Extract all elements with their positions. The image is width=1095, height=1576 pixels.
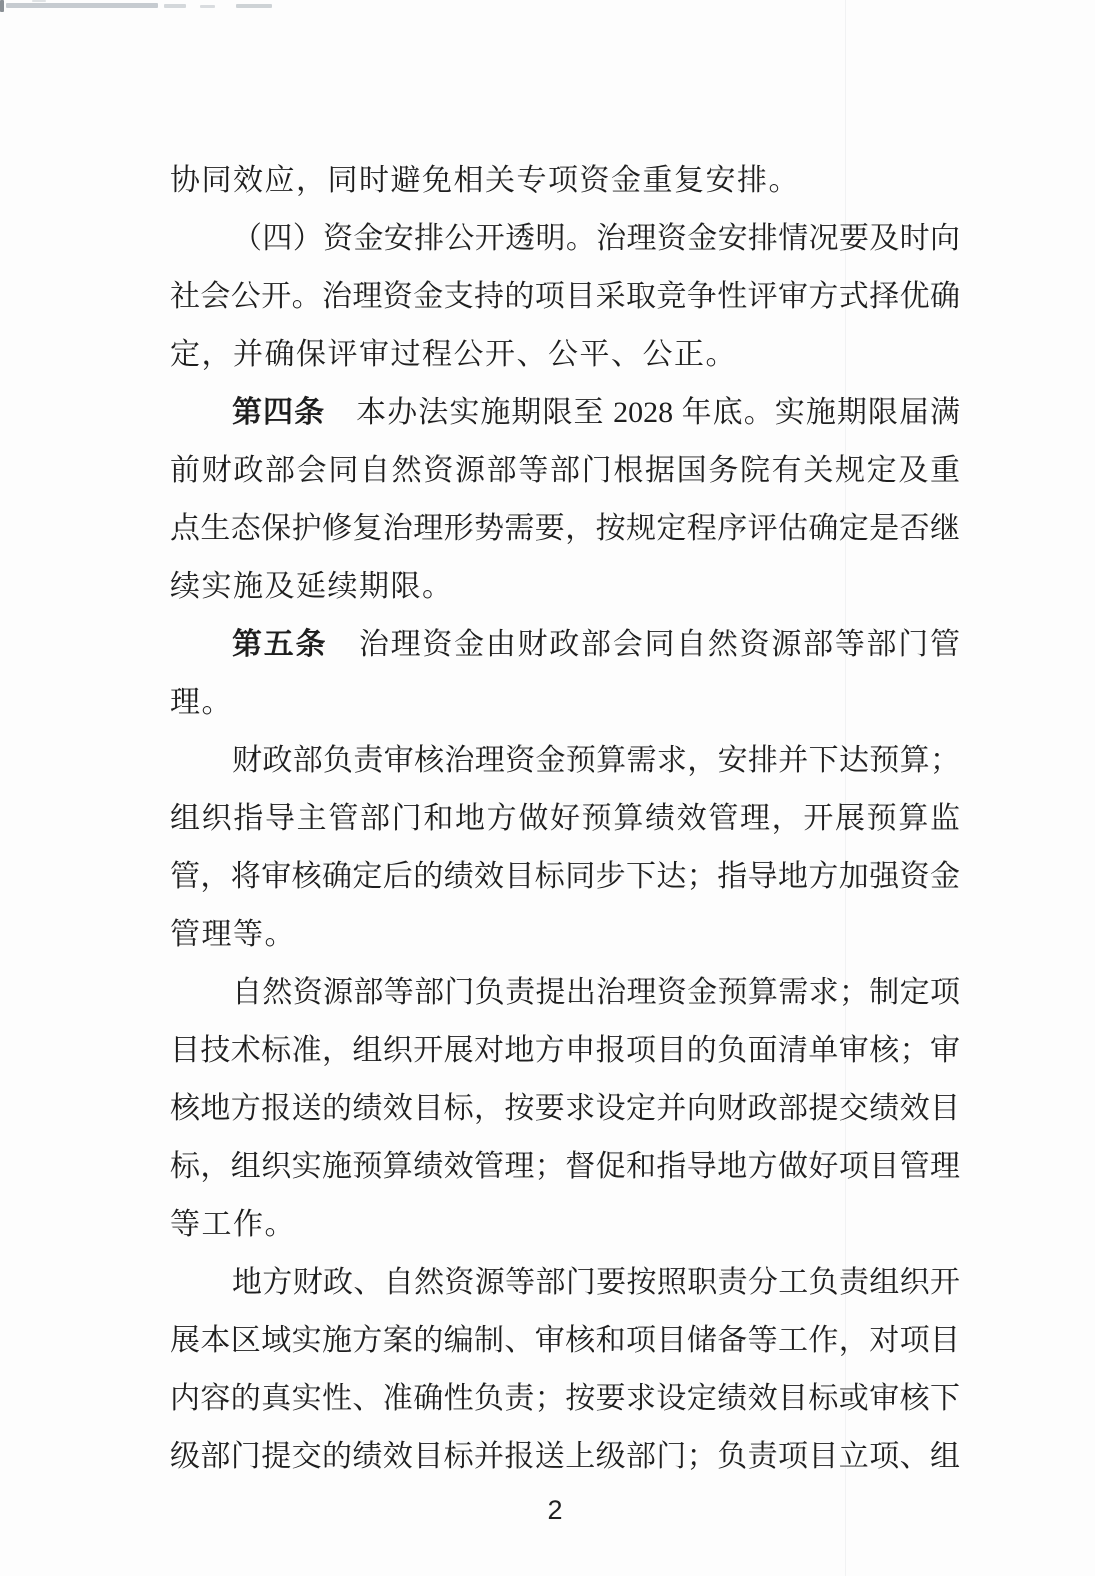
text-line-16: 目技术标准，组织开展对地方申报项目的负面清单审核；审 — [170, 1022, 960, 1080]
text-line-15: 自然资源部等部门负责提出治理资金预算需求；制定项 — [170, 964, 960, 1022]
text-line-10: 理。 — [170, 674, 960, 732]
text-line-3: 社会公开。治理资金支持的项目采取竞争性评审方式择优确 — [170, 268, 960, 326]
scan-artifact — [0, 0, 4, 12]
text-line-7: 点生态保护修复治理形势需要，按规定程序评估确定是否继 — [170, 500, 960, 558]
text-line-19: 等工作。 — [170, 1196, 960, 1254]
text-line-23: 级部门提交的绩效目标并报送上级部门；负责项目立项、组 — [170, 1428, 960, 1486]
text-line-8: 续实施及延续期限。 — [170, 558, 960, 616]
clause-heading: 第四条 — [232, 396, 325, 429]
text-line-4: 定，并确保评审过程公开、公平、公正。 — [170, 326, 960, 384]
text-line-11: 财政部负责审核治理资金预算需求，安排并下达预算； — [170, 732, 960, 790]
page-number: 2 — [170, 1492, 940, 1528]
text-line-18: 标，组织实施预算绩效管理；督促和指导地方做好项目管理 — [170, 1138, 960, 1196]
text-line-20: 地方财政、自然资源等部门要按照职责分工负责组织开 — [170, 1254, 960, 1312]
document-body: 协同效应，同时避免相关专项资金重复安排。（四）资金安排公开透明。治理资金安排情况… — [170, 152, 960, 1486]
text-line-14: 管理等。 — [170, 906, 960, 964]
text-line-5: 第四条 本办法实施期限至 2028 年底。实施期限届满 — [170, 384, 960, 442]
text-line-13: 管，将审核确定后的绩效目标同步下达；指导地方加强资金 — [170, 848, 960, 906]
scan-artifact-top-edge — [0, 0, 1095, 20]
text-line-9: 第五条 治理资金由财政部会同自然资源部等部门管 — [170, 616, 960, 674]
text-line-1: 协同效应，同时避免相关专项资金重复安排。 — [170, 152, 960, 210]
scan-artifact — [236, 4, 272, 8]
scan-artifact — [200, 5, 215, 8]
text-line-17: 核地方报送的绩效目标，按要求设定并向财政部提交绩效目 — [170, 1080, 960, 1138]
scan-artifact — [164, 4, 186, 8]
text-line-12: 组织指导主管部门和地方做好预算绩效管理，开展预算监 — [170, 790, 960, 848]
text-line-2: （四）资金安排公开透明。治理资金安排情况要及时向 — [170, 210, 960, 268]
clause-heading: 第五条 — [232, 628, 327, 661]
text-line-6: 前财政部会同自然资源部等部门根据国务院有关规定及重 — [170, 442, 960, 500]
scan-artifact — [32, 0, 46, 2]
text-line-22: 内容的真实性、准确性负责；按要求设定绩效目标或审核下 — [170, 1370, 960, 1428]
document-page: 协同效应，同时避免相关专项资金重复安排。（四）资金安排公开透明。治理资金安排情况… — [0, 0, 1095, 1576]
scan-artifact — [6, 3, 158, 8]
text-line-21: 展本区域实施方案的编制、审核和项目储备等工作，对项目 — [170, 1312, 960, 1370]
